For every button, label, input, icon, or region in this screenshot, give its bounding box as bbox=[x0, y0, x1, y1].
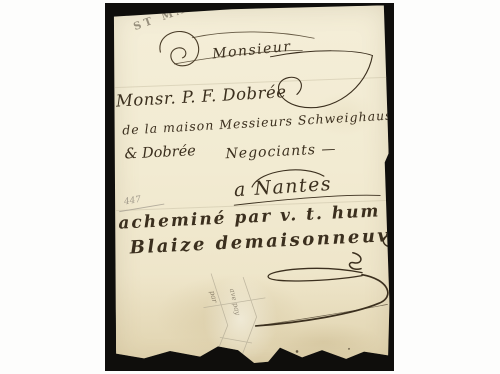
catalog-page: ST MALO Monsieur Monsr. P. F. Dobrée de … bbox=[0, 0, 500, 374]
address-line-3-left: & Dobrée bbox=[124, 144, 196, 162]
letter-cover: ST MALO Monsieur Monsr. P. F. Dobrée de … bbox=[112, 5, 391, 364]
